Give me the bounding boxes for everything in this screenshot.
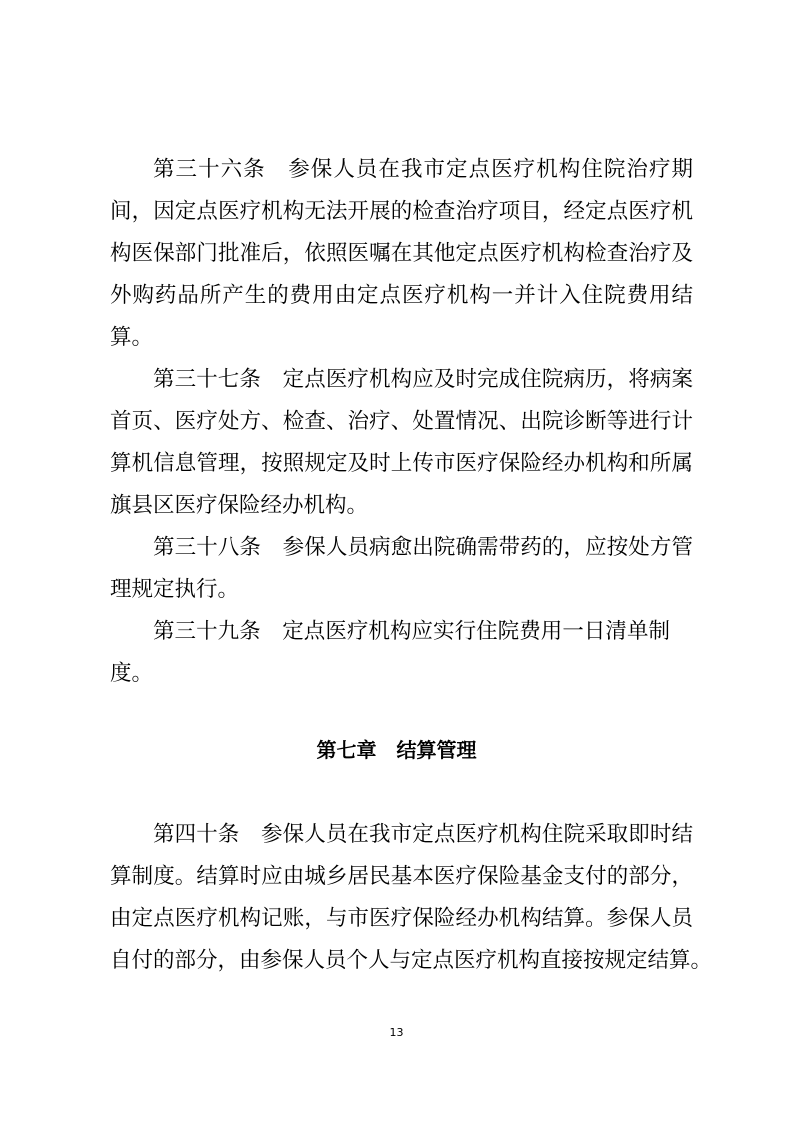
paragraph-line: 算机信息管理，按照规定及时上传市医疗保险经办机构和所属 bbox=[110, 449, 693, 479]
paragraph-line: 构医保部门批准后，依照医嘱在其他定点医疗机构检查治疗及 bbox=[110, 239, 693, 269]
paragraph-line: 理规定执行。 bbox=[110, 575, 693, 605]
paragraph-line: 度。 bbox=[110, 659, 693, 689]
paragraph-line: 算制度。结算时应由城乡居民基本医疗保险基金支付的部分， bbox=[110, 862, 693, 892]
paragraph-line: 第三十七条 定点医疗机构应及时完成住院病历，将病案 bbox=[153, 365, 693, 395]
chapter-heading: 第七章 结算管理 bbox=[0, 735, 793, 765]
paragraph-line: 首页、医疗处方、检查、治疗、处置情况、出院诊断等进行计 bbox=[110, 407, 693, 437]
page-number: 13 bbox=[0, 1026, 793, 1040]
paragraph-line: 第四十条 参保人员在我市定点医疗机构住院采取即时结 bbox=[153, 820, 693, 850]
paragraph-line: 外购药品所产生的费用由定点医疗机构一并计入住院费用结 bbox=[110, 281, 693, 311]
paragraph-line: 旗县区医疗保险经办机构。 bbox=[110, 491, 693, 521]
paragraph-line: 由定点医疗机构记账，与市医疗保险经办机构结算。参保人员 bbox=[110, 904, 693, 934]
document-page: 第三十六条 参保人员在我市定点医疗机构住院治疗期 间，因定点医疗机构无法开展的检… bbox=[0, 0, 793, 1122]
paragraph-line: 间，因定点医疗机构无法开展的检查治疗项目，经定点医疗机 bbox=[110, 197, 693, 227]
paragraph-line: 第三十九条 定点医疗机构应实行住院费用一日清单制 bbox=[153, 617, 670, 647]
paragraph-line: 算。 bbox=[110, 323, 693, 353]
paragraph-line: 第三十八条 参保人员病愈出院确需带药的，应按处方管 bbox=[153, 533, 693, 563]
paragraph-line: 第三十六条 参保人员在我市定点医疗机构住院治疗期 bbox=[153, 155, 693, 185]
paragraph-line: 自付的部分，由参保人员个人与定点医疗机构直接按规定结算。 bbox=[110, 946, 693, 976]
